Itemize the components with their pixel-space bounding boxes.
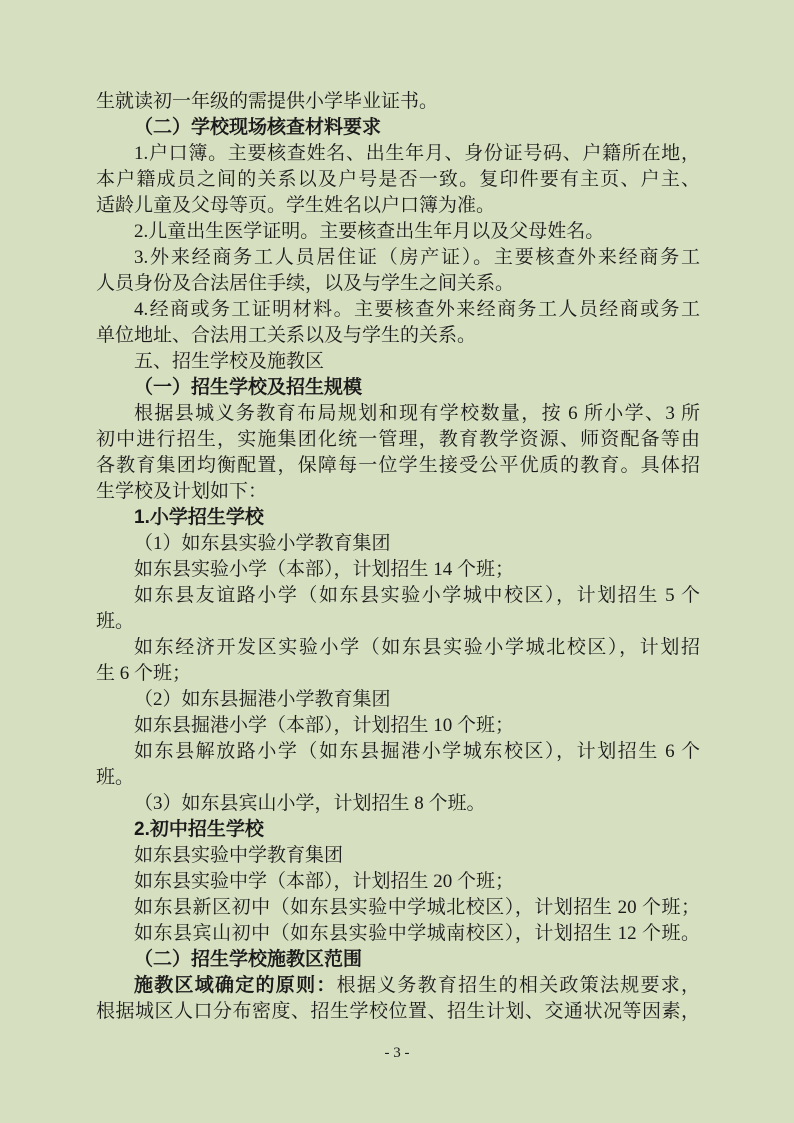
document-page: 生就读初一年级的需提供小学毕业证书。（二）学校现场核查材料要求1.户口簿。主要核… [0,0,794,1123]
text-line: 如东县实验中学（本部），计划招生 20 个班； [96,869,700,895]
text-run: 如东县友谊路小学（如东县实验小学城中校区），计划招生 5 个 [134,585,700,606]
text-line: 本户籍成员之间的关系以及户号是否一致。复印件要有主页、户主、 [96,167,700,193]
text-line: 如东县实验中学教育集团 [96,843,700,869]
text-line: 如东县实验小学（本部），计划招生 14 个班； [96,557,700,583]
text-run: 如东县新区初中（如东县实验中学城北校区），计划招生 20 个班； [134,897,700,918]
text-run: 初中进行招生，实施集团化统一管理，教育教学资源、师资配备等由 [96,429,700,450]
text-run: 如东县掘港小学（本部），计划招生 10 个班； [134,715,514,736]
text-line: 适龄儿童及父母等页。学生姓名以户口簿为准。 [96,193,700,219]
text-line: 班。 [96,609,700,635]
text-run: 根据县城义务教育布局规划和现有学校数量，按 6 所小学、3 所 [134,403,700,424]
text-line: 4.经商或务工证明材料。主要核查外来经商务工人员经商或务工 [96,297,700,323]
text-line: 如东县友谊路小学（如东县实验小学城中校区），计划招生 5 个 [96,583,700,609]
text-line: 如东县新区初中（如东县实验中学城北校区），计划招生 20 个班； [96,895,700,921]
text-run: 生就读初一年级的需提供小学毕业证书。 [96,91,438,112]
text-run: 单位地址、合法用工关系以及与学生的关系。 [96,325,476,346]
text-run: 3.外来经商务工人员居住证（房产证）。主要核查外来经商务工 [134,247,700,268]
text-run: 本户籍成员之间的关系以及户号是否一致。复印件要有主页、户主、 [96,169,700,190]
text-line: 生就读初一年级的需提供小学毕业证书。 [96,89,700,115]
text-run: 生 6 个班； [96,663,191,684]
text-run: 2.儿童出生医学证明。主要核查出生年月以及父母姓名。 [134,221,604,242]
text-line: 施教区域确定的原则：根据义务教育招生的相关政策法规要求， [96,973,700,999]
text-run: 适龄儿童及父母等页。学生姓名以户口簿为准。 [96,195,495,216]
text-run: 班。 [96,611,134,632]
text-line: 如东经济开发区实验小学（如东县实验小学城北校区），计划招 [96,635,700,661]
text-line: 生 6 个班； [96,661,700,687]
text-line: 班。 [96,765,700,791]
text-line: 如东县解放路小学（如东县掘港小学城东校区），计划招生 6 个 [96,739,700,765]
text-run: 生学校及计划如下： [96,481,267,502]
page-number: - 3 - [0,1043,794,1063]
text-line: 如东县掘港小学（本部），计划招生 10 个班； [96,713,700,739]
text-run: 4.经商或务工证明材料。主要核查外来经商务工人员经商或务工 [134,299,700,320]
text-run: 各教育集团均衡配置，保障每一位学生接受公平优质的教育。具体招 [96,455,700,476]
text-run: （二）招生学校施教区范围 [134,949,362,970]
text-line: 2.初中招生学校 [96,817,700,843]
text-line: （1）如东县实验小学教育集团 [96,531,700,557]
text-line: 初中进行招生，实施集团化统一管理，教育教学资源、师资配备等由 [96,427,700,453]
text-line: （3）如东县宾山小学，计划招生 8 个班。 [96,791,700,817]
text-line: 1.小学招生学校 [96,505,700,531]
text-run: 如东县实验中学教育集团 [134,845,343,866]
text-run: 2.初中招生学校 [134,819,264,840]
text-run: 五、招生学校及施教区 [134,351,324,372]
text-run: 根据城区人口分布密度、招生学校位置、招生计划、交通状况等因素， [96,1001,700,1022]
text-run: （3）如东县宾山小学，计划招生 8 个班。 [134,793,486,814]
text-run: 班。 [96,767,134,788]
text-line: 根据城区人口分布密度、招生学校位置、招生计划、交通状况等因素， [96,999,700,1025]
text-line: 1.户口簿。主要核查姓名、出生年月、身份证号码、户籍所在地， [96,141,700,167]
text-run: 1.小学招生学校 [134,507,264,528]
text-line: （一）招生学校及招生规模 [96,375,700,401]
text-line: 3.外来经商务工人员居住证（房产证）。主要核查外来经商务工 [96,245,700,271]
text-line: 生学校及计划如下： [96,479,700,505]
document-body: 生就读初一年级的需提供小学毕业证书。（二）学校现场核查材料要求1.户口簿。主要核… [96,89,700,1025]
text-line: 各教育集团均衡配置，保障每一位学生接受公平优质的教育。具体招 [96,453,700,479]
text-line: 根据县城义务教育布局规划和现有学校数量，按 6 所小学、3 所 [96,401,700,427]
text-run: （一）招生学校及招生规模 [134,377,362,398]
text-line: （2）如东县掘港小学教育集团 [96,687,700,713]
text-line: （二）学校现场核查材料要求 [96,115,700,141]
text-line: 单位地址、合法用工关系以及与学生的关系。 [96,323,700,349]
text-run: 如东县解放路小学（如东县掘港小学城东校区），计划招生 6 个 [134,741,700,762]
text-run: （1）如东县实验小学教育集团 [134,533,391,554]
text-line: 2.儿童出生医学证明。主要核查出生年月以及父母姓名。 [96,219,700,245]
text-run: （2）如东县掘港小学教育集团 [134,689,391,710]
text-run: 人员身份及合法居住手续，以及与学生之间关系。 [96,273,514,294]
text-run: 根据义务教育招生的相关政策法规要求， [337,975,700,996]
text-line: 如东县宾山初中（如东县实验中学城南校区），计划招生 12 个班。 [96,921,700,947]
text-run: （二）学校现场核查材料要求 [134,117,381,138]
text-run: 如东县宾山初中（如东县实验中学城南校区），计划招生 12 个班。 [134,923,700,944]
text-run: 如东县实验小学（本部），计划招生 14 个班； [134,559,514,580]
text-run: 如东县实验中学（本部），计划招生 20 个班； [134,871,514,892]
text-run: 如东经济开发区实验小学（如东县实验小学城北校区），计划招 [134,637,700,658]
text-line: 五、招生学校及施教区 [96,349,700,375]
text-line: 人员身份及合法居住手续，以及与学生之间关系。 [96,271,700,297]
text-run: 施教区域确定的原则： [134,975,337,996]
text-line: （二）招生学校施教区范围 [96,947,700,973]
text-run: 1.户口簿。主要核查姓名、出生年月、身份证号码、户籍所在地， [134,143,700,164]
